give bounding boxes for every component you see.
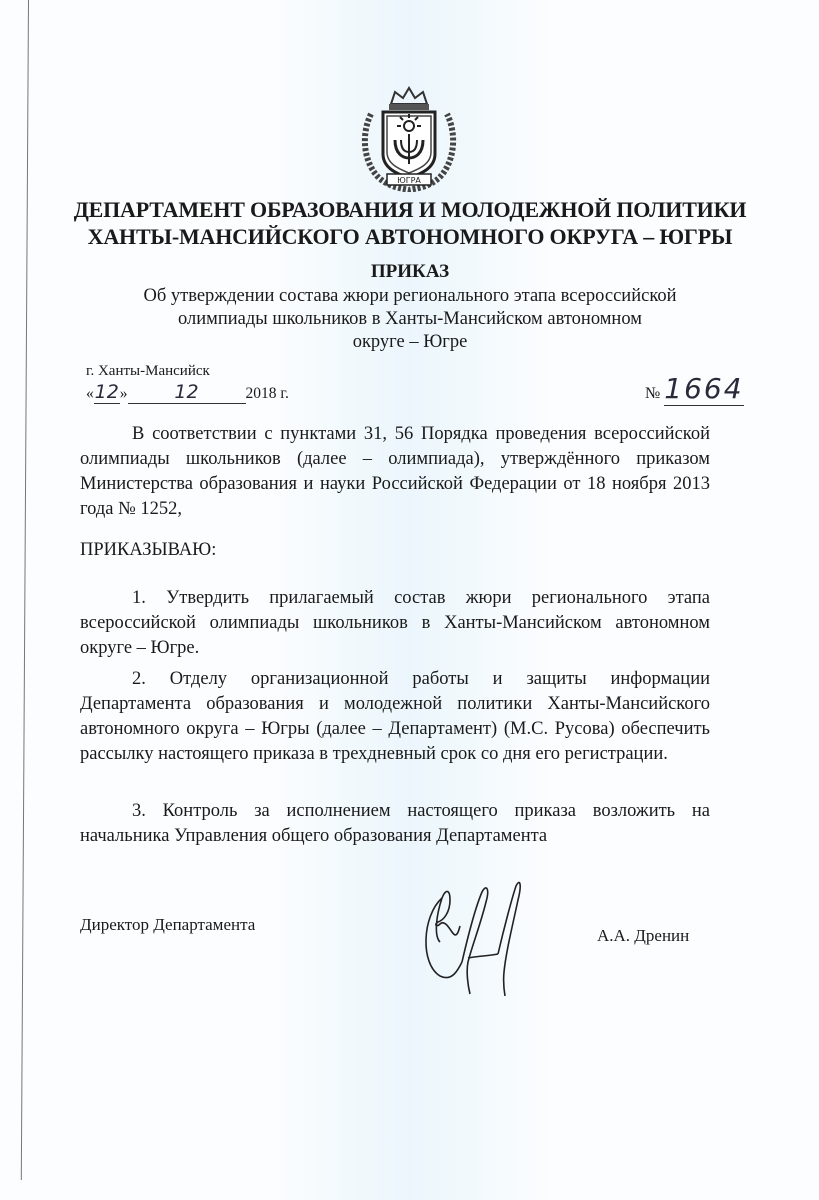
order-item-2: 2. Отделу организационной работы и защит… bbox=[80, 667, 710, 767]
date-open-quote: « bbox=[86, 385, 94, 402]
order-item-1: 1. Утвердить прилагаемый состав жюри рег… bbox=[80, 586, 710, 661]
header-line-2: ХАНТЫ-МАНСИЙСКОГО АВТОНОМНОГО ОКРУГА – Ю… bbox=[60, 223, 760, 250]
date-month-handwritten: 12 bbox=[128, 381, 246, 404]
order-subject-line-2: олимпиады школьников в Ханты-Мансийском … bbox=[60, 308, 760, 331]
order-title: ПРИКАЗ bbox=[60, 261, 760, 283]
date-close-quote: » bbox=[120, 385, 128, 402]
department-header: ДЕПАРТАМЕНТ ОБРАЗОВАНИЯ И МОЛОДЕЖНОЙ ПОЛ… bbox=[60, 196, 760, 250]
preamble-paragraph: В соответствии с пунктами 31, 56 Порядка… bbox=[80, 422, 710, 522]
handwritten-signature-icon bbox=[412, 876, 532, 996]
signatory-name: А.А. Дренин bbox=[597, 926, 689, 946]
number-handwritten: 1664 bbox=[664, 372, 743, 406]
order-subject-line-3: округе – Югре bbox=[60, 331, 760, 354]
order-date: «12»122018 г. bbox=[86, 381, 289, 404]
order-number: № 1664 bbox=[645, 372, 744, 406]
header-line-1: ДЕПАРТАМЕНТ ОБРАЗОВАНИЯ И МОЛОДЕЖНОЙ ПОЛ… bbox=[60, 196, 760, 223]
scan-margin-line bbox=[21, 0, 29, 1180]
coat-of-arms-icon: ЮГРА bbox=[357, 84, 461, 192]
date-day-handwritten: 12 bbox=[94, 381, 120, 404]
city-label: г. Ханты-Мансийск bbox=[86, 363, 210, 380]
signatory-position: Директор Департамента bbox=[80, 915, 255, 935]
order-item-3: 3. Контроль за исполнением настоящего пр… bbox=[80, 799, 710, 849]
number-label: № bbox=[645, 385, 660, 402]
emblem-caption: ЮГРА bbox=[397, 176, 421, 185]
order-word: ПРИКАЗЫВАЮ: bbox=[80, 538, 710, 563]
order-subject-line-1: Об утверждении состава жюри региональног… bbox=[60, 285, 760, 308]
order-subject: Об утверждении состава жюри региональног… bbox=[60, 285, 760, 354]
date-year: 2018 г. bbox=[246, 385, 289, 402]
